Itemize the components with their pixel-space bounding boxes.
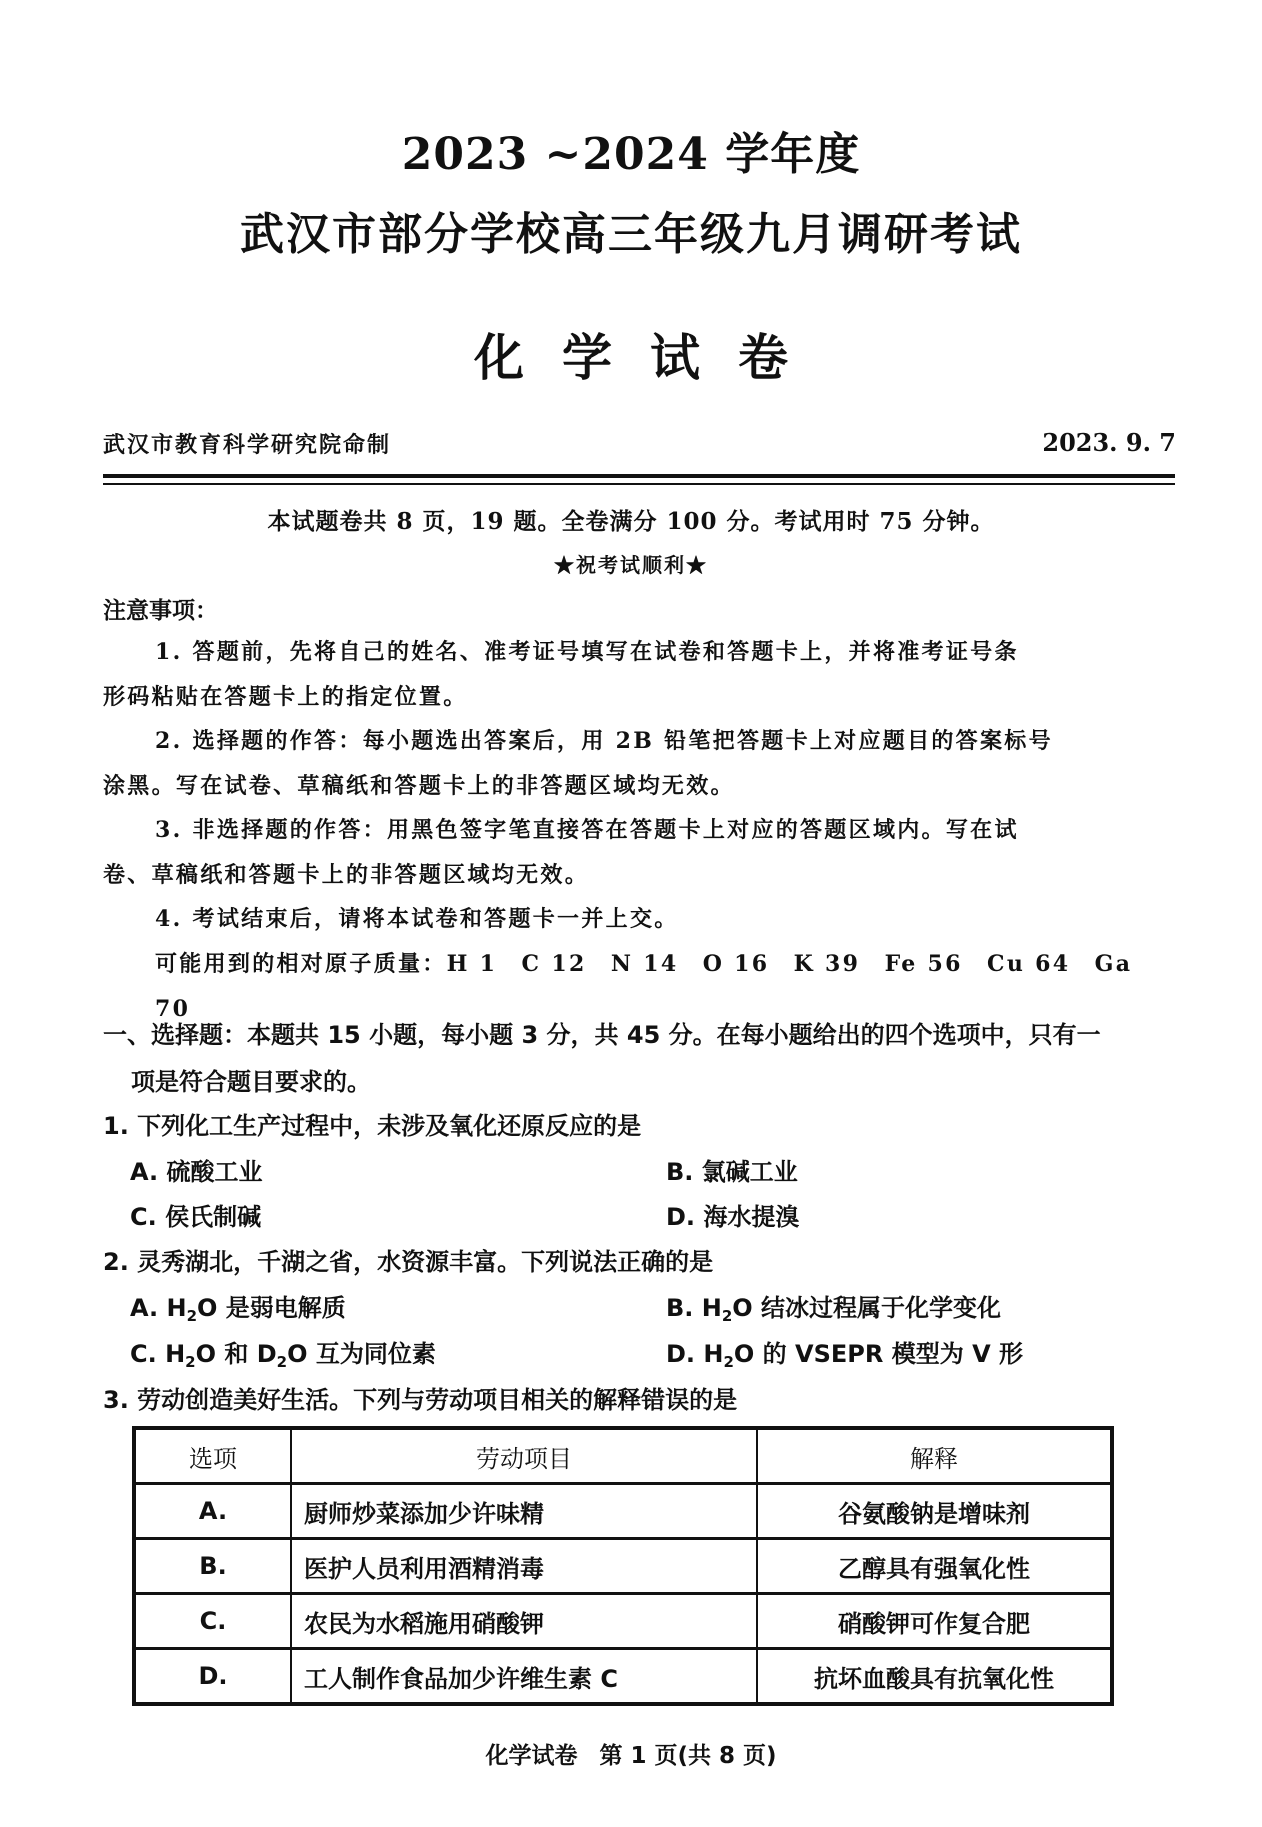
exam-title: 武汉市部分学校高三年级九月调研考试: [0, 198, 1262, 262]
q1-option-b: B. 氯碱工业: [666, 1152, 798, 1187]
question-3-stem: 3. 劳动创造美好生活。下列与劳动项目相关的解释错误的是: [103, 1380, 737, 1415]
q2-option-d: D. H2O 的 VSEPR 模型为 V 形: [666, 1334, 1023, 1369]
header-explanation: 解释: [757, 1428, 1112, 1484]
q1-option-a: A. 硫酸工业: [130, 1152, 263, 1187]
table-row: A. 厨师炒菜添加少许味精 谷氨酸钠是增味剂: [134, 1484, 1112, 1539]
exam-date: 2023. 9. 7: [1042, 428, 1176, 457]
table-row: C. 农民为水稻施用硝酸钾 硝酸钾可作复合肥: [134, 1594, 1112, 1649]
subject-title: 化学试卷: [0, 318, 1262, 390]
table-row: B. 医护人员利用酒精消毒 乙醇具有强氧化性: [134, 1539, 1112, 1594]
q1-option-d: D. 海水提溴: [666, 1197, 799, 1232]
question-1-stem: 1. 下列化工生产过程中，未涉及氧化还原反应的是: [103, 1106, 641, 1141]
exam-info: 本试题卷共 8 页，19 题。全卷满分 100 分。考试用时 75 分钟。: [0, 503, 1262, 536]
footer-subject: 化学试卷: [485, 1743, 577, 1769]
page-footer: 化学试卷第 1 页(共 8 页): [0, 1737, 1262, 1770]
labor-table: 选项 劳动项目 解释 A. 厨师炒菜添加少许味精 谷氨酸钠是增味剂 B. 医护人…: [132, 1426, 1114, 1706]
header-option: 选项: [134, 1428, 291, 1484]
publisher: 武汉市教育科学研究院命制: [103, 428, 391, 459]
q2-option-c: C. H2O 和 D2O 互为同位素: [130, 1334, 436, 1369]
header-labor-item: 劳动项目: [291, 1428, 757, 1484]
q1-option-c: C. 侯氏制碱: [130, 1197, 261, 1232]
header-rule-thick: [103, 474, 1175, 478]
header-rule-thin: [103, 483, 1175, 485]
table-header-row: 选项 劳动项目 解释: [134, 1428, 1112, 1484]
notes-title: 注意事项：: [103, 592, 218, 625]
exam-year: 2023 ~2024 学年度: [0, 118, 1262, 182]
section-1-heading: 一、选择题：本题共 15 小题，每小题 3 分，共 45 分。在每小题给出的四个…: [103, 1012, 1183, 1106]
note-1: 1. 答题前，先将自己的姓名、准考证号填写在试卷和答题卡上，并将准考证号条 形码…: [103, 630, 1173, 720]
q2-option-a: A. H2O 是弱电解质: [130, 1288, 346, 1323]
note-2: 2. 选择题的作答：每小题选出答案后，用 2B 铅笔把答题卡上对应题目的答案标号…: [103, 719, 1173, 809]
good-luck-banner: ★祝考试顺利★: [0, 549, 1262, 578]
table-row: D. 工人制作食品加少许维生素 C 抗坏血酸具有抗氧化性: [134, 1649, 1112, 1705]
note-3: 3. 非选择题的作答：用黑色签字笔直接答在答题卡上对应的答题区域内。写在试 卷、…: [103, 808, 1173, 898]
footer-page-number: 第 1 页(共 8 页): [599, 1743, 776, 1769]
question-2-stem: 2. 灵秀湖北，千湖之省，水资源丰富。下列说法正确的是: [103, 1242, 713, 1277]
q2-option-b: B. H2O 结冰过程属于化学变化: [666, 1288, 1001, 1323]
